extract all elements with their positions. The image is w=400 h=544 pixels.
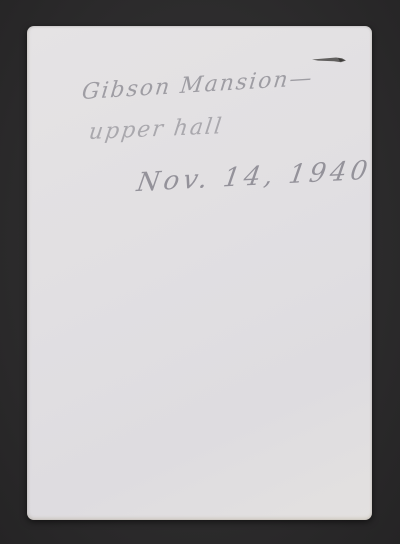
handwriting-line-location: upper hall bbox=[87, 114, 224, 145]
handwriting-line-title: Gibson Mansion— bbox=[81, 66, 315, 105]
graphite-smudge-mark bbox=[312, 55, 348, 65]
handwriting-line-date: Nov. 14, 1940 bbox=[135, 156, 374, 199]
photo-card-back: Gibson Mansion— upper hall Nov. 14, 1940 bbox=[27, 26, 372, 520]
dark-backdrop: Gibson Mansion— upper hall Nov. 14, 1940 bbox=[0, 0, 400, 544]
